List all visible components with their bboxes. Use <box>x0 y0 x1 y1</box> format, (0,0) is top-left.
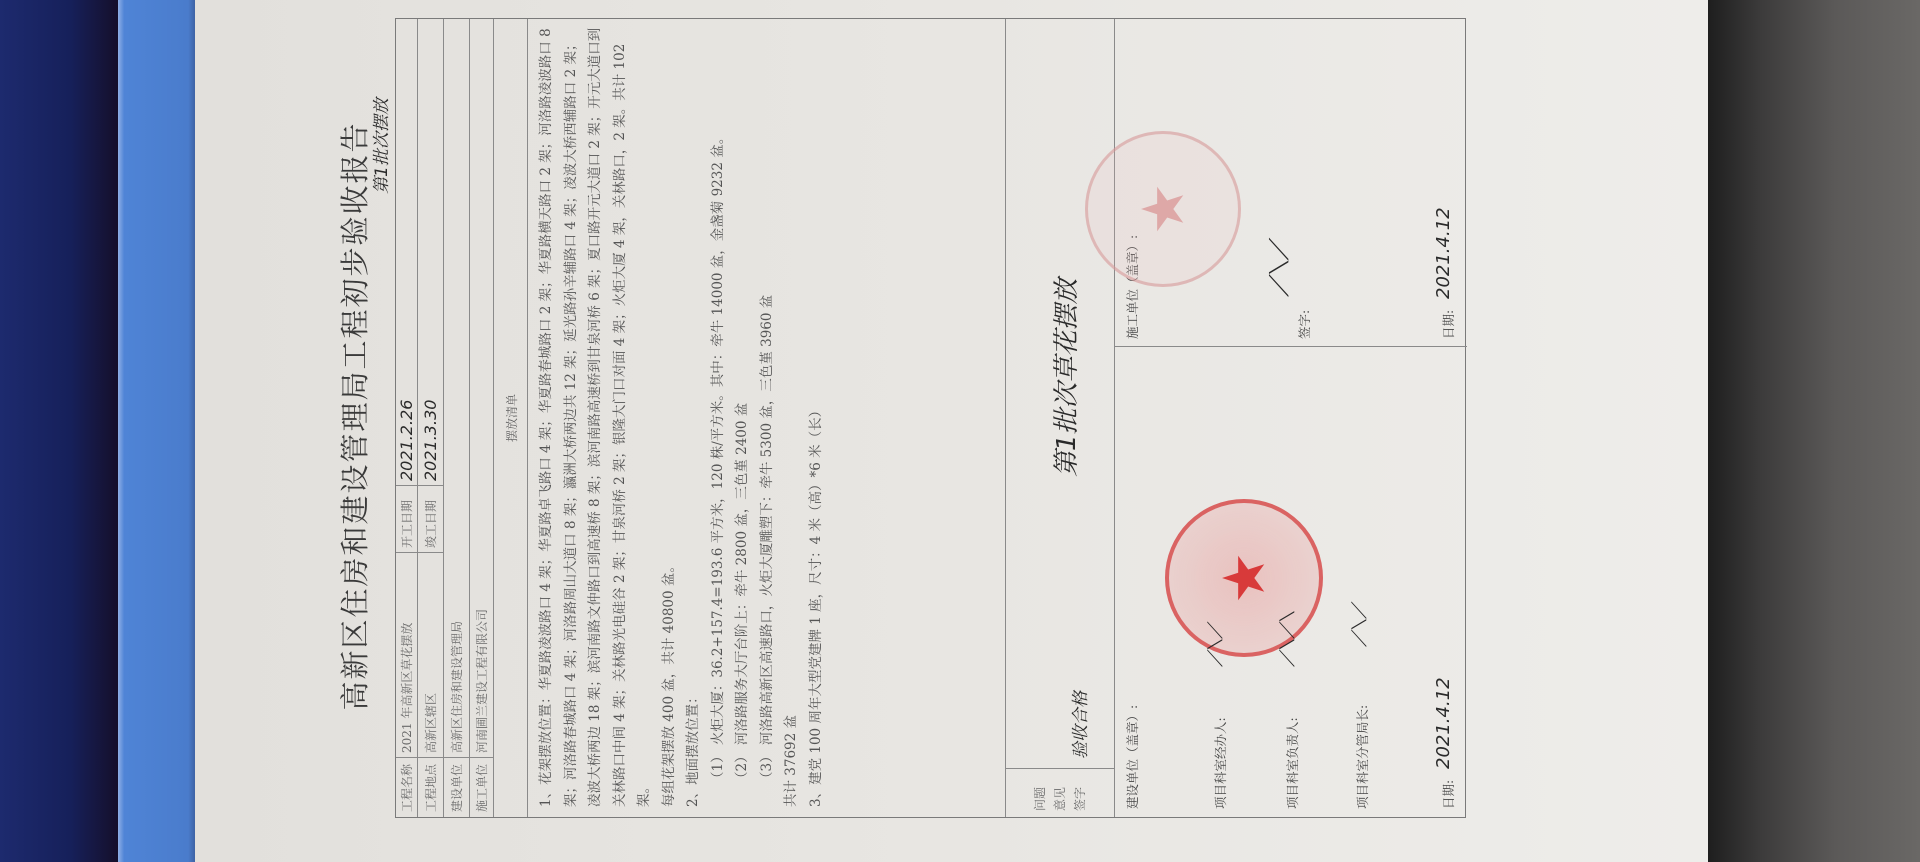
owner-signature-3: ⟋⟍⟋ <box>1347 605 1371 647</box>
contractor-stamp: ★ <box>1085 131 1241 287</box>
list-item: 每组花架摆放 400 盆，共计 40800 盆。 <box>657 27 682 807</box>
value-end-date: 2021.3.30 <box>418 186 443 486</box>
opinion-result-handwritten: 验收合格 <box>1066 691 1091 759</box>
label-location: 工程地点 <box>418 758 443 817</box>
stamp-star-icon: ★ <box>1215 552 1273 604</box>
placement-list: 1、花架摆放位置：华夏路凌波路口 4 架；华夏路卓飞路口 4 架；华夏路春城路口… <box>534 27 828 807</box>
owner-signature-2: ⟋⟍⟋⟍ <box>1275 611 1299 667</box>
info-row-project-name: 工程名称 2021 年高新区草花摆放 开工日期 2021.2.26 <box>396 19 418 817</box>
list-item: （3） 河洛路高新区高速路口，火炬大厦雕塑下：牵牛 5300 盆，三色堇 396… <box>755 27 780 807</box>
contractor-date-value: 2021.4.12 <box>1433 207 1454 299</box>
batch-note-handwritten: 第1批次摆放 <box>367 98 392 194</box>
label-project-name: 工程名称 <box>396 758 417 817</box>
owner-date-value: 2021.4.12 <box>1433 677 1454 769</box>
list-item: （1） 火炬大厦：36.2+157.4=193.6 平方米，120 株/平方米。… <box>706 27 731 807</box>
folder-blue-edge <box>118 0 196 862</box>
folder-dark-edge <box>0 0 118 862</box>
opinion-row: 问题意见签字 验收合格 第1批次草花摆放 <box>1005 19 1115 817</box>
list-item: 3、建党 100 周年大型党建牌 1 座，尺寸：4 米（高）*6 米（长） <box>804 27 829 807</box>
owner-signer-3-label: 项目科室分管局长: <box>1353 705 1371 809</box>
value-start-date: 2021.2.26 <box>396 186 417 486</box>
list-item: 2、地面摆放位置： <box>681 27 706 807</box>
signature-section: 建设单位（盖章）: 项目科室经办人: 项目科室负责人: 项目科室分管局长: 日期… <box>1115 19 1467 817</box>
list-item: 1、花架摆放位置：华夏路凌波路口 4 架；华夏路卓飞路口 4 架；华夏路春城路口… <box>534 27 657 807</box>
owner-red-stamp: ★ <box>1165 499 1323 657</box>
contractor-sign-label: 签字: <box>1295 310 1313 339</box>
list-item: （2） 河洛路服务大厅台阶上：牵牛 2800 盆，三色堇 2400 盆 <box>730 27 755 807</box>
owner-signer-2-label: 项目科室负责人: <box>1283 717 1301 809</box>
label-contractor: 施工单位 <box>470 758 493 817</box>
info-row-location: 工程地点 高新区辖区 竣工日期 2021.3.30 <box>418 19 444 817</box>
info-row-contractor: 施工单位 河南圃兰建设工程有限公司 <box>470 19 494 817</box>
acceptance-report: 高新区住房和建设管理局工程初步验收报告 第1批次摆放 工程名称 2021 年高新… <box>195 0 1710 862</box>
list-header-row: 摆放清单 <box>494 19 528 817</box>
owner-unit-label: 建设单位（盖章）: <box>1123 705 1141 809</box>
info-row-owner: 建设单位 高新区住房和建设管理局 <box>444 19 470 817</box>
contractor-date-label: 日期: <box>1439 310 1457 339</box>
owner-signer-1-label: 项目科室经办人: <box>1211 717 1229 809</box>
value-location: 高新区辖区 <box>418 553 443 758</box>
fabric-background <box>1708 0 1920 862</box>
report-table: 工程名称 2021 年高新区草花摆放 开工日期 2021.2.26 工程地点 高… <box>395 18 1466 818</box>
value-contractor: 河南圃兰建设工程有限公司 <box>470 458 493 758</box>
stamp-star-icon: ★ <box>1134 183 1192 235</box>
label-owner: 建设单位 <box>444 758 469 817</box>
value-owner: 高新区住房和建设管理局 <box>444 458 469 758</box>
opinion-center-handwritten: 第1批次草花摆放 <box>1046 278 1083 477</box>
value-project-name: 2021 年高新区草花摆放 <box>396 553 417 758</box>
list-item: 共计 37692 盆 <box>779 27 804 807</box>
owner-date-label: 日期: <box>1439 780 1457 809</box>
list-title: 摆放清单 <box>503 19 520 817</box>
label-end-date: 竣工日期 <box>418 486 443 553</box>
opinion-label: 问题意见签字 <box>1006 775 1114 817</box>
label-start-date: 开工日期 <box>396 486 417 553</box>
contractor-signature: ⟋⟍⟋ <box>1265 242 1296 297</box>
owner-signature-1: ⟋⟍⟋ <box>1203 625 1227 667</box>
